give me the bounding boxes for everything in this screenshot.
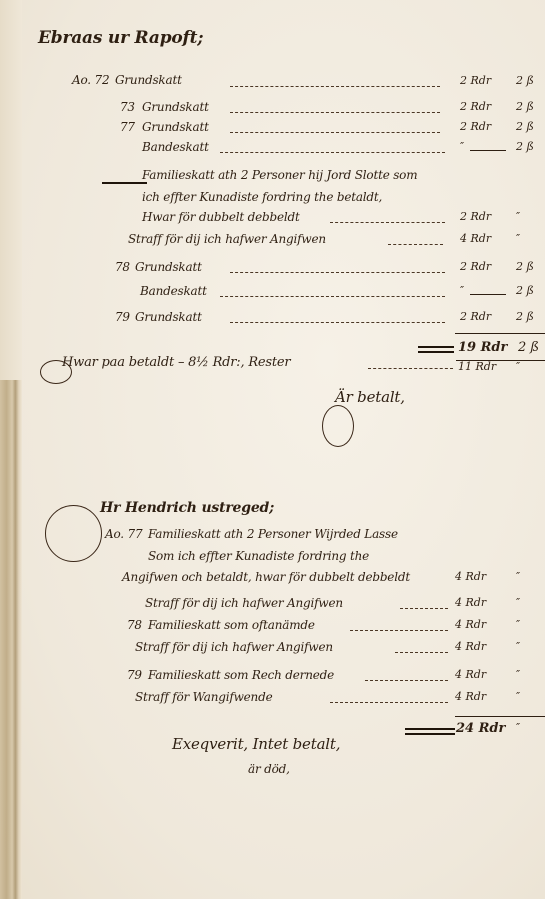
paid-line: Hwar paa betaldt – 8½ Rdr:, Rester: [62, 355, 290, 370]
double-rule: [405, 733, 455, 735]
section1-total-sk: 2 ß: [518, 340, 539, 355]
entry-text: Bandeskatt: [142, 140, 209, 154]
entry-text: Straff för dij ich hafwer Angifwen: [128, 232, 326, 246]
entry-text: Straff för dij ich hafwer Angifwen: [145, 596, 343, 610]
dotted-leader: [230, 86, 440, 87]
section2-total-sk: ″: [516, 721, 520, 734]
dotted-leader: [368, 368, 453, 369]
entry-prefix: 77: [120, 120, 135, 134]
flourish-ornament: [322, 405, 354, 447]
amount-sk: ″: [516, 618, 520, 631]
amount-rdr: 4 Rdr: [455, 570, 486, 583]
amount-rdr: 4 Rdr: [455, 690, 486, 703]
entry-prefix: 73: [120, 100, 135, 114]
dotted-leader: [388, 244, 443, 245]
amount-rdr: 2 Rdr: [460, 120, 491, 133]
sum-rule: [455, 333, 545, 334]
entry-prefix: 78: [127, 618, 142, 632]
entry-text: Straff för dij ich hafwer Angifwen: [135, 640, 333, 654]
entry-prefix: 78: [115, 260, 130, 274]
dotted-leader: [395, 652, 448, 653]
entry-text: Grundskatt: [115, 73, 182, 87]
amount-sk: 2 ß: [516, 284, 534, 297]
dotted-leader: [350, 630, 448, 631]
flourish-initial: [45, 505, 102, 562]
entry-text: Familieskatt som oftanämde: [148, 618, 315, 632]
dotted-leader: [330, 222, 445, 223]
entry-text: Straff för Wangifwende: [135, 690, 272, 704]
entry-prefix: 79: [127, 668, 142, 682]
manuscript-page: Ebraas ur Rapoft; Ao. 72 Grundskatt 2 Rd…: [0, 0, 545, 899]
amount-sk: 2 ß: [516, 100, 534, 113]
amount-sk: ″: [516, 596, 520, 609]
section2-closing-note-1: Exeqverit, Intet betalt,: [172, 735, 340, 753]
entry-prefix: Ao. 72: [72, 73, 109, 87]
rest-rdr: 11 Rdr: [458, 360, 496, 373]
book-binding-top: [0, 0, 22, 380]
amount-rdr: 4 Rdr: [455, 640, 486, 653]
amount-rdr: 2 Rdr: [460, 74, 491, 87]
section1-heading: Ebraas ur Rapoft;: [38, 28, 203, 48]
amount-rdr: ″: [460, 284, 464, 297]
entry-text: ich effter Kunadiste fordring the betald…: [142, 190, 382, 204]
entry-prefix: Ao. 77: [105, 527, 142, 541]
amount-sk: ″: [516, 640, 520, 653]
pen-stroke: [102, 182, 147, 184]
amount-sk: ″: [516, 668, 520, 681]
amount-rdr: 2 Rdr: [460, 260, 491, 273]
amount-sk: 2 ß: [516, 120, 534, 133]
entry-text: Familieskatt som Rech dernede: [148, 668, 334, 682]
amount-rdr: 4 Rdr: [460, 232, 491, 245]
section2-total-rdr: 24 Rdr: [456, 721, 505, 736]
amount-sk: 2 ß: [516, 310, 534, 323]
dotted-leader: [220, 296, 445, 297]
dotted-leader: [330, 702, 448, 703]
entry-text: Grundskatt: [142, 100, 209, 114]
section2-closing-note-2: är död,: [248, 762, 290, 776]
amount-sk: 2 ß: [516, 260, 534, 273]
amount-rdr: 2 Rdr: [460, 100, 491, 113]
entry-text: Grundskatt: [135, 260, 202, 274]
section1-closing-note: Är betalt,: [335, 388, 405, 406]
rest-sk: ″: [516, 360, 520, 373]
amount-sk: ″: [516, 570, 520, 583]
double-rule: [418, 346, 454, 348]
amount-rdr: 4 Rdr: [455, 668, 486, 681]
double-rule: [418, 351, 454, 353]
amount-rdr: 4 Rdr: [455, 618, 486, 631]
amount-rdr: 4 Rdr: [455, 596, 486, 609]
amount-sk: ″: [516, 210, 520, 223]
amount-rdr: 2 Rdr: [460, 310, 491, 323]
dotted-leader: [365, 680, 448, 681]
dotted-leader: [400, 608, 448, 609]
dotted-leader: [230, 322, 445, 323]
entry-text: Familieskatt ath 2 Personer hij Jord Slo…: [142, 168, 417, 182]
entry-text: Grundskatt: [142, 120, 209, 134]
sum-rule: [455, 716, 545, 717]
dotted-leader: [230, 272, 445, 273]
double-rule: [405, 728, 455, 730]
entry-text: Angifwen och betaldt, hwar för dubbelt d…: [122, 570, 410, 584]
amount-sk: ″: [516, 232, 520, 245]
dotted-leader: [230, 112, 440, 113]
dotted-leader: [230, 132, 440, 133]
dash-rule: [470, 294, 506, 295]
sum-rule: [456, 360, 545, 361]
entry-text: Som ich effter Kunadiste fordring the: [148, 549, 369, 563]
amount-sk: 2 ß: [516, 74, 534, 87]
amount-sk: 2 ß: [516, 140, 534, 153]
section2-heading: Hr Hendrich ustreged;: [100, 500, 274, 516]
entry-text: Familieskatt ath 2 Personer Wijrded Lass…: [148, 527, 398, 541]
amount-rdr: ″: [460, 140, 464, 153]
dash-rule: [470, 150, 506, 151]
dotted-leader: [220, 152, 445, 153]
entry-text: Hwar för dubbelt debbeldt: [142, 210, 300, 224]
section1-total-rdr: 19 Rdr: [458, 340, 507, 355]
entry-text: Grundskatt: [135, 310, 202, 324]
amount-rdr: 2 Rdr: [460, 210, 491, 223]
entry-prefix: 79: [115, 310, 130, 324]
entry-text: Bandeskatt: [140, 284, 207, 298]
amount-sk: ″: [516, 690, 520, 703]
